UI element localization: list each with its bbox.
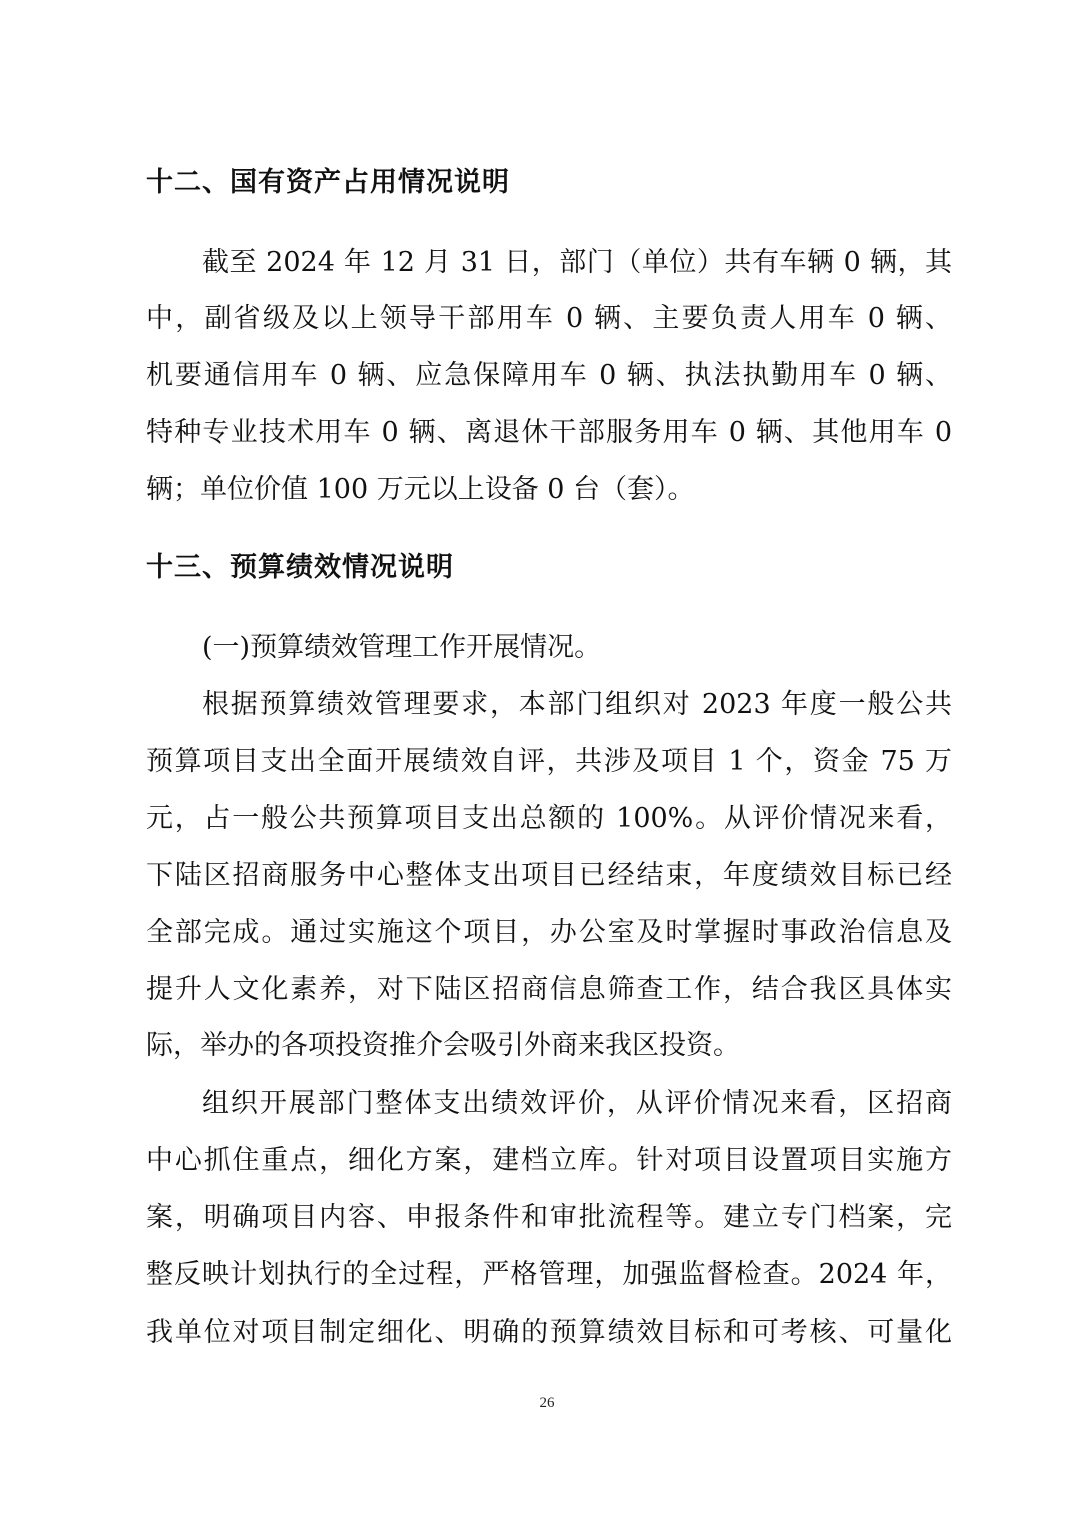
- paragraph-line: 案，明确项目内容、申报条件和审批流程等。建立专门档案，完: [146, 1198, 952, 1238]
- document-page: 十二、国有资产占用情况说明 截至 2024 年 12 月 31 日，部门（单位）…: [0, 0, 1074, 1520]
- paragraph-line: 元，占一般公共预算项目支出总额的 100%。从评价情况来看，: [146, 799, 952, 839]
- paragraph-line: 截至 2024 年 12 月 31 日，部门（单位）共有车辆 0 辆，其: [202, 243, 952, 283]
- paragraph-line: 我单位对项目制定细化、明确的预算绩效目标和可考核、可量化: [146, 1313, 952, 1353]
- paragraph-line: 辆；单位价值 100 万元以上设备 0 台（套）。: [146, 470, 952, 510]
- paragraph-line: 组织开展部门整体支出绩效评价，从评价情况来看，区招商: [202, 1084, 952, 1124]
- paragraph-line: 整反映计划执行的全过程，严格管理，加强监督检查。2024 年，: [146, 1255, 952, 1295]
- paragraph-line: 全部完成。通过实施这个项目，办公室及时掌握时事政治信息及: [146, 913, 952, 953]
- paragraph-line: 根据预算绩效管理要求，本部门组织对 2023 年度一般公共: [202, 685, 952, 725]
- paragraph-line: 中，副省级及以上领导干部用车 0 辆、主要负责人用车 0 辆、: [146, 299, 952, 339]
- subsection-heading: (一)预算绩效管理工作开展情况。: [202, 628, 952, 668]
- paragraph-line: 提升人文化素养，对下陆区招商信息筛查工作，结合我区具体实: [146, 970, 952, 1010]
- paragraph-line: 特种专业技术用车 0 辆、离退休干部服务用车 0 辆、其他用车 0: [146, 413, 952, 453]
- paragraph-line: 下陆区招商服务中心整体支出项目已经结束，年度绩效目标已经: [146, 856, 952, 896]
- paragraph-line: 预算项目支出全面开展绩效自评，共涉及项目 1 个，资金 75 万: [146, 742, 952, 782]
- page-number: 26: [0, 1395, 1074, 1412]
- paragraph-line: 中心抓住重点，细化方案，建档立库。针对项目设置项目实施方: [146, 1141, 952, 1181]
- section-heading-13: 十三、预算绩效情况说明: [146, 548, 454, 588]
- paragraph-line: 机要通信用车 0 辆、应急保障用车 0 辆、执法执勤用车 0 辆、: [146, 356, 952, 396]
- section-heading-12: 十二、国有资产占用情况说明: [146, 163, 510, 203]
- paragraph-line: 际，举办的各项投资推介会吸引外商来我区投资。: [146, 1026, 952, 1066]
